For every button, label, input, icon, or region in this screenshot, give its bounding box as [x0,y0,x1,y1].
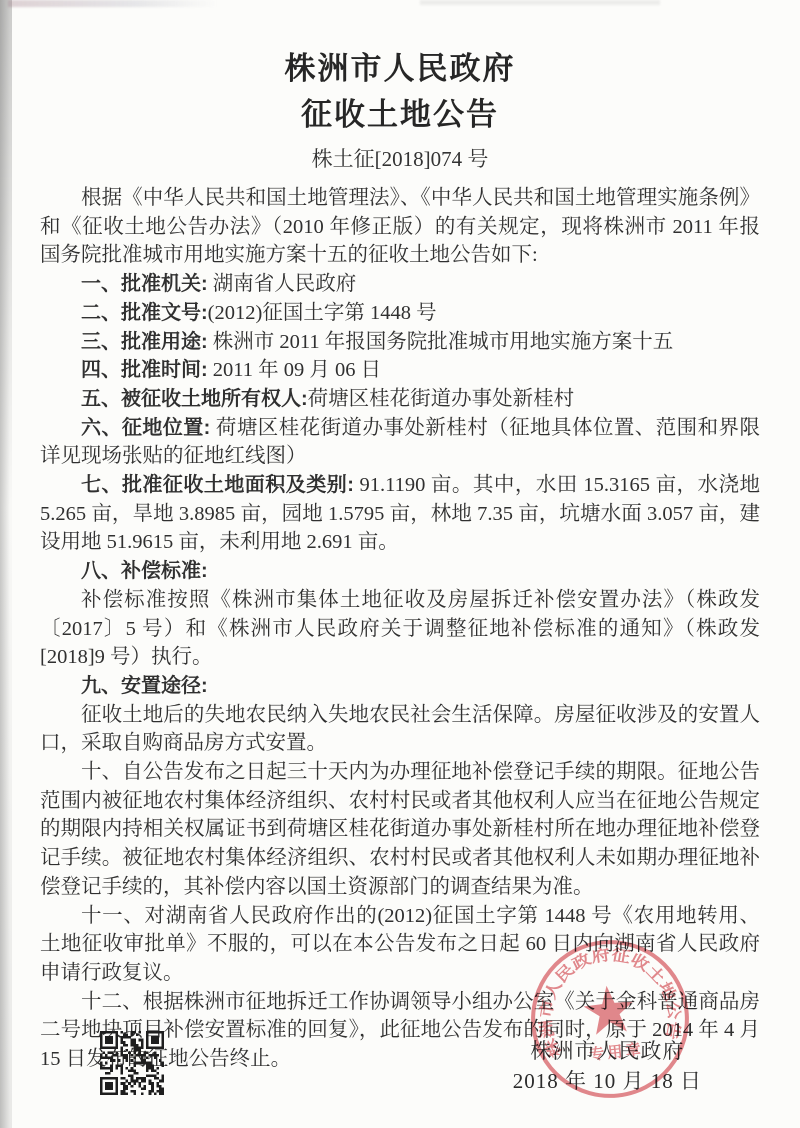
qr-module [138,1039,141,1042]
qr-module [108,1031,111,1034]
qr-module [151,1031,154,1034]
qr-module [131,1075,134,1078]
qr-module [136,1072,139,1075]
qr-module [110,1064,113,1067]
qr-module [154,1041,157,1044]
document-title-line2: 征收土地公告 [40,92,760,138]
qr-module [144,1085,147,1088]
qr-module [141,1092,144,1095]
qr-module [118,1059,121,1062]
qr-module [100,1031,103,1034]
qr-module [136,1054,139,1057]
qr-module [151,1054,154,1057]
qr-module [110,1046,113,1049]
paragraph-label: 五、被征收土地所有权人: [81,388,308,410]
qr-module [161,1090,164,1093]
qr-module [110,1057,113,1060]
qr-module [103,1057,106,1060]
qr-module [151,1064,154,1067]
qr-module [154,1075,157,1078]
qr-module [146,1034,149,1037]
paragraph-label: 三、批准用途: [81,331,208,353]
qr-module [123,1092,126,1095]
paragraph-item-3: 三、批准用途: 株洲市 2011 年报国务院批准城市用地实施方案十五 [40,328,760,357]
qr-module [123,1054,126,1057]
qr-module [133,1090,136,1093]
qr-module [108,1036,111,1039]
paragraph-text: 征收土地后的失地农民纳入失地农民社会生活保障。房屋征收涉及的安置人口，采取自购商… [40,704,760,755]
paragraph-label: 九、安置途径: [81,675,208,697]
qr-module [115,1051,118,1054]
qr-module [149,1082,152,1085]
qr-module [159,1092,162,1095]
document-body: 根据《中华人民共和国土地管理法》、《中华人民共和国土地管理实施条例》和《征收土地… [40,184,760,1074]
qr-module [154,1046,157,1049]
qr-module [108,1067,111,1070]
qr-module [131,1085,134,1088]
qr-module [103,1067,106,1070]
qr-module [118,1064,121,1067]
qr-module [151,1087,154,1090]
qr-module [156,1046,159,1049]
qr-module [131,1034,134,1037]
qr-module [108,1057,111,1060]
qr-module [133,1069,136,1072]
scan-artifact-top-smudge [8,0,218,7]
qr-module [156,1054,159,1057]
paragraph-text: 十、自公告发布之日起三十天内为办理征地补偿登记手续的期限。征地公告范围内被征地农… [40,761,760,898]
qr-module [154,1054,157,1057]
qr-module [123,1044,126,1047]
qr-module [133,1064,136,1067]
qr-module [159,1059,162,1062]
qr-module [161,1092,164,1095]
qr-module [115,1085,118,1088]
paragraph-text: 株洲市 2011 年报国务院批准城市用地实施方案十五 [208,331,674,353]
qr-module [141,1044,144,1047]
qr-module [154,1057,157,1060]
qr-module [105,1085,108,1088]
qr-module [141,1059,144,1062]
qr-module [115,1031,118,1034]
qr-module [149,1031,152,1034]
qr-module [136,1049,139,1052]
qr-module [100,1090,103,1093]
qr-module [149,1054,152,1057]
qr-module [115,1080,118,1083]
qr-module [133,1072,136,1075]
qr-module [120,1031,123,1034]
signature-date: 2018 年 10 月 18 日 [513,1066,702,1096]
qr-module [133,1049,136,1052]
qr-module [154,1036,157,1039]
paragraph-text: (2012)征国土字第 1448 号 [208,302,437,324]
qr-module [100,1039,103,1042]
qr-module [100,1077,103,1080]
signature-block: 株洲市人民政府 2018 年 10 月 18 日 [513,1036,702,1096]
paragraph-text: 根据《中华人民共和国土地管理法》、《中华人民共和国土地管理实施条例》和《征收土地… [40,187,760,266]
qr-module [131,1077,134,1080]
qr-module [156,1041,159,1044]
paragraph-item-10: 十、自公告发布之日起三十天内为办理征地补偿登记手续的期限。征地公告范围内被征地农… [40,758,760,902]
qr-module [100,1054,103,1057]
qr-module [156,1085,159,1088]
qr-module [115,1054,118,1057]
qr-module [115,1082,118,1085]
qr-module [120,1049,123,1052]
qr-module [156,1090,159,1093]
qr-module [100,1082,103,1085]
qr-module [136,1080,139,1083]
qr-module [133,1057,136,1060]
paragraph-item-2: 二、批准文号:(2012)征国土字第 1448 号 [40,299,760,328]
paragraph-item-5: 五、被征收土地所有权人:荷塘区桂花街道办事处新桂村 [40,385,760,414]
qr-module [108,1072,111,1075]
qr-module [126,1049,129,1052]
qr-module [123,1041,126,1044]
qr-module [144,1059,147,1062]
qr-module [120,1064,123,1067]
qr-module [103,1051,106,1054]
document-number: 株土征[2018]074 号 [40,143,760,175]
paragraph-item-9-body: 征收土地后的失地农民纳入失地农民社会生活保障。房屋征收涉及的安置人口，采取自购商… [40,701,760,758]
qr-module [156,1036,159,1039]
qr-module [100,1062,103,1065]
qr-module [126,1036,129,1039]
qr-module [138,1046,141,1049]
qr-module [115,1034,118,1037]
qr-module [144,1087,147,1090]
paragraph-text: 荷塘区桂花街道办事处新桂村 [308,388,575,410]
qr-module [120,1069,123,1072]
qr-module [146,1057,149,1060]
qr-module [100,1087,103,1090]
qr-module [141,1077,144,1080]
qr-module [126,1057,129,1060]
qr-module [110,1059,113,1062]
qr-module [161,1044,164,1047]
qr-module [105,1046,108,1049]
qr-module [120,1067,123,1070]
qr-module [120,1082,123,1085]
paragraph-item-1: 一、批准机关: 湖南省人民政府 [40,270,760,299]
qr-module [126,1085,129,1088]
qr-module [105,1072,108,1075]
qr-module [151,1075,154,1078]
qr-module [120,1092,123,1095]
qr-module [110,1041,113,1044]
qr-module [108,1077,111,1080]
qr-module [131,1041,134,1044]
qr-module [110,1051,113,1054]
qr-module [105,1041,108,1044]
qr-module [161,1046,164,1049]
qr-module [110,1077,113,1080]
qr-module [100,1064,103,1067]
qr-module [131,1080,134,1083]
qr-module [126,1067,129,1070]
qr-module [154,1092,157,1095]
qr-module [144,1077,147,1080]
qr-module [115,1044,118,1047]
qr-module [100,1092,103,1095]
qr-module [108,1041,111,1044]
qr-module [156,1082,159,1085]
qr-module [133,1041,136,1044]
qr-module [108,1051,111,1054]
qr-module [115,1041,118,1044]
qr-module [133,1092,136,1095]
paragraph-label: 一、批准机关: [81,273,208,295]
qr-module [146,1051,149,1054]
qr-module [156,1067,159,1070]
qr-module [144,1080,147,1083]
qr-module [120,1054,123,1057]
qr-module [154,1069,157,1072]
qr-module [105,1039,108,1042]
qr-module [146,1075,149,1078]
qr-module [123,1085,126,1088]
qr-module [103,1092,106,1095]
qr-module [159,1031,162,1034]
qr-module [133,1031,136,1034]
qr-module [138,1051,141,1054]
qr-module [141,1039,144,1042]
qr-module [100,1085,103,1088]
qr-module [115,1036,118,1039]
qr-module [103,1031,106,1034]
qr-module [105,1092,108,1095]
document-title-line1: 株洲市人民政府 [40,46,760,92]
qr-module [146,1041,149,1044]
qr-module [120,1072,123,1075]
paragraph-label: 七、批准征收土地面积及类别: [81,474,354,496]
paragraph-text: 补偿标准按照《株洲市集体土地征收及房屋拆迁补偿安置办法》（株政发〔2017〕5 … [40,589,760,668]
paragraph-label: 八、补偿标准: [81,560,208,582]
signature-org: 株洲市人民政府 [513,1036,702,1066]
qr-module [110,1087,113,1090]
qr-code-icon [100,1031,164,1095]
qr-module [100,1057,103,1060]
qr-module [128,1082,131,1085]
qr-module [110,1085,113,1088]
qr-module [126,1080,129,1083]
paragraph-label: 四、批准时间: [81,359,208,381]
qr-module [131,1054,134,1057]
qr-module [100,1046,103,1049]
paragraph-text: 十一、对湖南省人民政府作出的(2012)征国土字第 1448 号《农用地转用、土… [40,905,760,984]
qr-module [115,1039,118,1042]
qr-module [133,1062,136,1065]
qr-module [131,1031,134,1034]
qr-module [123,1057,126,1060]
qr-module [144,1051,147,1054]
qr-module [161,1064,164,1067]
qr-module [120,1036,123,1039]
qr-module [108,1046,111,1049]
paragraph-item-11: 十一、对湖南省人民政府作出的(2012)征国土字第 1448 号《农用地转用、土… [40,902,760,988]
qr-module [138,1049,141,1052]
qr-module [136,1062,139,1065]
qr-module [161,1062,164,1065]
qr-module [141,1062,144,1065]
scan-artifact-left-edge [0,0,10,1128]
qr-module [144,1062,147,1065]
qr-module [146,1039,149,1042]
paragraph-label: 六、征地位置: [81,417,210,439]
qr-module [138,1082,141,1085]
qr-module [133,1039,136,1042]
qr-module [115,1067,118,1070]
qr-module [151,1082,154,1085]
qr-module [128,1075,131,1078]
qr-module [138,1031,141,1034]
qr-module [110,1069,113,1072]
qr-module [105,1077,108,1080]
qr-module [141,1054,144,1057]
qr-module [123,1034,126,1037]
qr-module [138,1062,141,1065]
qr-module [105,1054,108,1057]
qr-module [110,1031,113,1034]
qr-module [151,1090,154,1093]
qr-module [141,1080,144,1083]
paragraph-intro: 根据《中华人民共和国土地管理法》、《中华人民共和国土地管理实施条例》和《征收土地… [40,184,760,270]
qr-module [123,1077,126,1080]
qr-module [133,1051,136,1054]
qr-module [161,1077,164,1080]
qr-module [161,1036,164,1039]
qr-module [100,1067,103,1070]
qr-module [161,1034,164,1037]
qr-module [149,1046,152,1049]
qr-module [141,1057,144,1060]
qr-module [103,1077,106,1080]
qr-module [128,1036,131,1039]
qr-module [161,1041,164,1044]
qr-module [141,1046,144,1049]
paragraph-label: 二、批准文号: [81,302,208,324]
qr-module [159,1090,162,1093]
qr-module [141,1041,144,1044]
qr-module [113,1077,116,1080]
qr-module [146,1031,149,1034]
qr-module [131,1067,134,1070]
qr-module [159,1087,162,1090]
qr-module [151,1041,154,1044]
qr-module [120,1046,123,1049]
paragraph-text: 湖南省人民政府 [208,273,357,295]
document-content: 株洲市人民政府 征收土地公告 株土征[2018]074 号 根据《中华人民共和国… [40,46,760,1074]
qr-module [120,1041,123,1044]
paragraph-item-8-body: 补偿标准按照《株洲市集体土地征收及房屋拆迁补偿安置办法》（株政发〔2017〕5 … [40,586,760,672]
qr-module [159,1046,162,1049]
qr-module [146,1046,149,1049]
qr-module [138,1054,141,1057]
paragraph-item-8: 八、补偿标准: [40,557,760,586]
qr-module [131,1090,134,1093]
qr-module [161,1039,164,1042]
qr-module [126,1059,129,1062]
qr-module [138,1085,141,1088]
qr-module [149,1075,152,1078]
qr-module [126,1034,129,1037]
qr-module [146,1044,149,1047]
qr-module [105,1067,108,1070]
qr-module [113,1046,116,1049]
qr-module [108,1087,111,1090]
qr-module [100,1080,103,1083]
qr-module [120,1077,123,1080]
qr-module [154,1051,157,1054]
qr-module [123,1087,126,1090]
qr-module [131,1059,134,1062]
qr-module [110,1067,113,1070]
qr-module [149,1080,152,1083]
qr-module [161,1080,164,1083]
qr-module [115,1046,118,1049]
qr-module [151,1036,154,1039]
qr-module [154,1031,157,1034]
qr-module [103,1046,106,1049]
qr-module [123,1090,126,1093]
qr-module [100,1036,103,1039]
scan-artifact-top-smudge-2 [420,0,660,5]
qr-module [151,1046,154,1049]
qr-module [126,1054,129,1057]
qr-module [105,1057,108,1060]
qr-module [151,1039,154,1042]
qr-module [156,1031,159,1034]
qr-module [128,1051,131,1054]
qr-module [136,1046,139,1049]
paragraph-item-9: 九、安置途径: [40,672,760,701]
qr-module [108,1082,111,1085]
qr-module [115,1077,118,1080]
qr-module [156,1077,159,1080]
qr-module [146,1067,149,1070]
qr-module [115,1092,118,1095]
qr-module [161,1031,164,1034]
qr-module [156,1072,159,1075]
qr-module [123,1082,126,1085]
qr-module [126,1087,129,1090]
scan-artifact-left-shade [0,0,12,1128]
qr-module [126,1044,129,1047]
qr-module [123,1036,126,1039]
qr-module [159,1085,162,1088]
qr-module [149,1090,152,1093]
qr-module [144,1054,147,1057]
paragraph-item-7: 七、批准征收土地面积及类别: 91.1190 亩。其中，水田 15.3165 亩… [40,471,760,557]
qr-module [131,1039,134,1042]
qr-module [105,1082,108,1085]
qr-module [113,1054,116,1057]
qr-module [146,1062,149,1065]
qr-module [110,1082,113,1085]
qr-module [108,1085,111,1088]
qr-module [110,1036,113,1039]
qr-module [108,1039,111,1042]
qr-module [108,1092,111,1095]
qr-module [149,1092,152,1095]
qr-module [159,1080,162,1083]
qr-module [131,1044,134,1047]
qr-module [120,1090,123,1093]
qr-module [100,1044,103,1047]
qr-module [138,1077,141,1080]
qr-module [133,1044,136,1047]
